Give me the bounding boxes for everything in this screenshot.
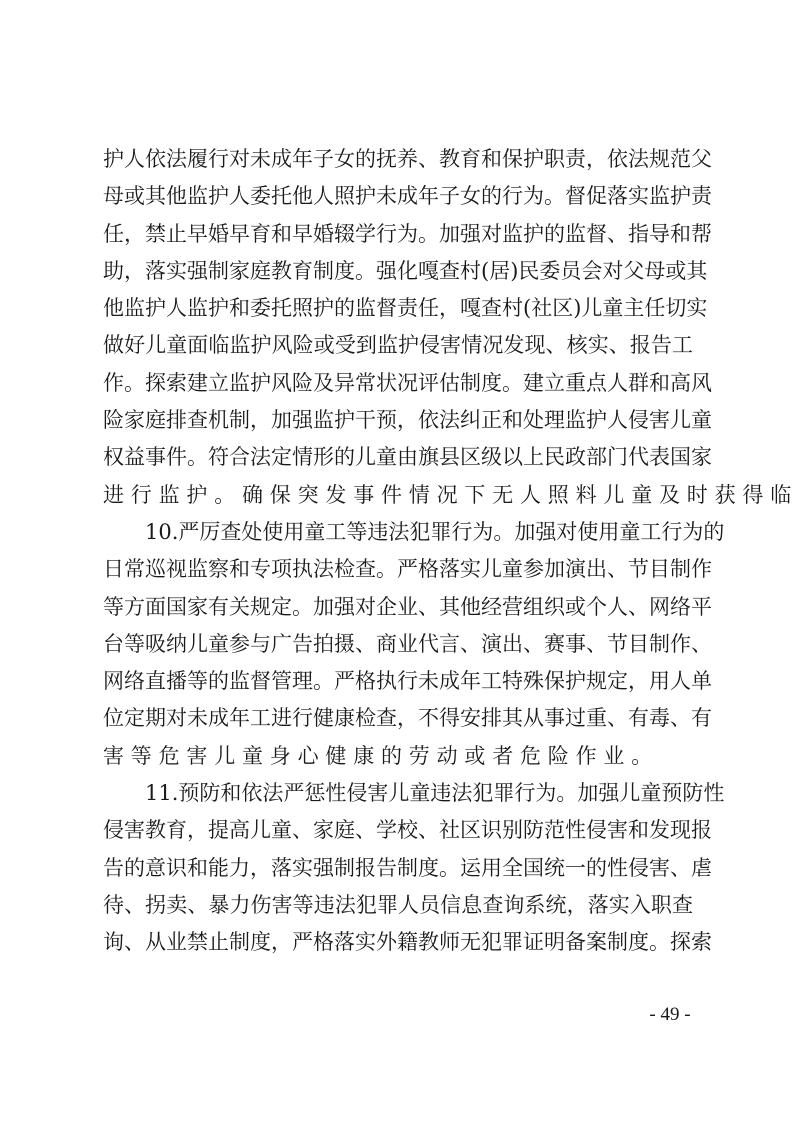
text-line: 任，禁止早婚早育和早婚辍学行为。加强对监护的监督、指导和帮 [103, 216, 693, 253]
item-11-heading-line: 11.预防和依法严惩性侵害儿童违法犯罪行为。加强儿童预防性 [103, 775, 693, 812]
text-line: 等方面国家有关规定。加强对企业、其他经营组织或个人、网络平 [103, 589, 693, 626]
text-line: 侵害教育，提高儿童、家庭、学校、社区识别防范性侵害和发现报 [103, 812, 693, 849]
text-line-paragraph-end: 害等危害儿童身心健康的劳动或者危险作业。 [103, 738, 693, 775]
text-line: 助，落实强制家庭教育制度。强化嘎查村(居)民委员会对父母或其 [103, 253, 693, 290]
text-line: 做好儿童面临监护风险或受到监护侵害情况发现、核实、报告工 [103, 327, 693, 364]
text-line: 日常巡视监察和专项执法检查。严格落实儿童参加演出、节目制作 [103, 551, 693, 588]
text-line: 告的意识和能力，落实强制报告制度。运用全国统一的性侵害、虐 [103, 850, 693, 887]
document-page: 护人依法履行对未成年子女的抚养、教育和保护职责，依法规范父 母或其他监护人委托他… [0, 0, 794, 1122]
text-line: 险家庭排查机制，加强监护干预，依法纠正和处理监护人侵害儿童 [103, 402, 693, 439]
text-line: 权益事件。符合法定情形的儿童由旗县区级以上民政部门代表国家 [103, 439, 693, 476]
text-line: 台等吸纳儿童参与广告拍摄、商业代言、演出、赛事、节目制作、 [103, 626, 693, 663]
text-line: 网络直播等的监督管理。严格执行未成年工特殊保护规定，用人单 [103, 663, 693, 700]
text-line: 询、从业禁止制度，严格落实外籍教师无犯罪证明备案制度。探索 [103, 924, 693, 961]
text-line: 作。探索建立监护风险及异常状况评估制度。建立重点人群和高风 [103, 365, 693, 402]
text-line: 他监护人监护和委托照护的监督责任，嘎查村(社区)儿童主任切实 [103, 290, 693, 327]
text-line: 母或其他监护人委托他人照护未成年子女的行为。督促落实监护责 [103, 178, 693, 215]
text-line: 位定期对未成年工进行健康检查，不得安排其从事过重、有毒、有 [103, 700, 693, 737]
item-10-heading-line: 10.严厉查处使用童工等违法犯罪行为。加强对使用童工行为的 [103, 514, 693, 551]
text-line-paragraph-end: 进行监护。确保突发事件情况下无人照料儿童及时获得临时监护。 [103, 477, 693, 514]
body-text: 护人依法履行对未成年子女的抚养、教育和保护职责，依法规范父 母或其他监护人委托他… [103, 141, 693, 962]
text-line: 待、拐卖、暴力伤害等违法犯罪人员信息查询系统，落实入职查 [103, 887, 693, 924]
page-number: - 49 - [640, 1004, 700, 1026]
text-line: 护人依法履行对未成年子女的抚养、教育和保护职责，依法规范父 [103, 141, 693, 178]
